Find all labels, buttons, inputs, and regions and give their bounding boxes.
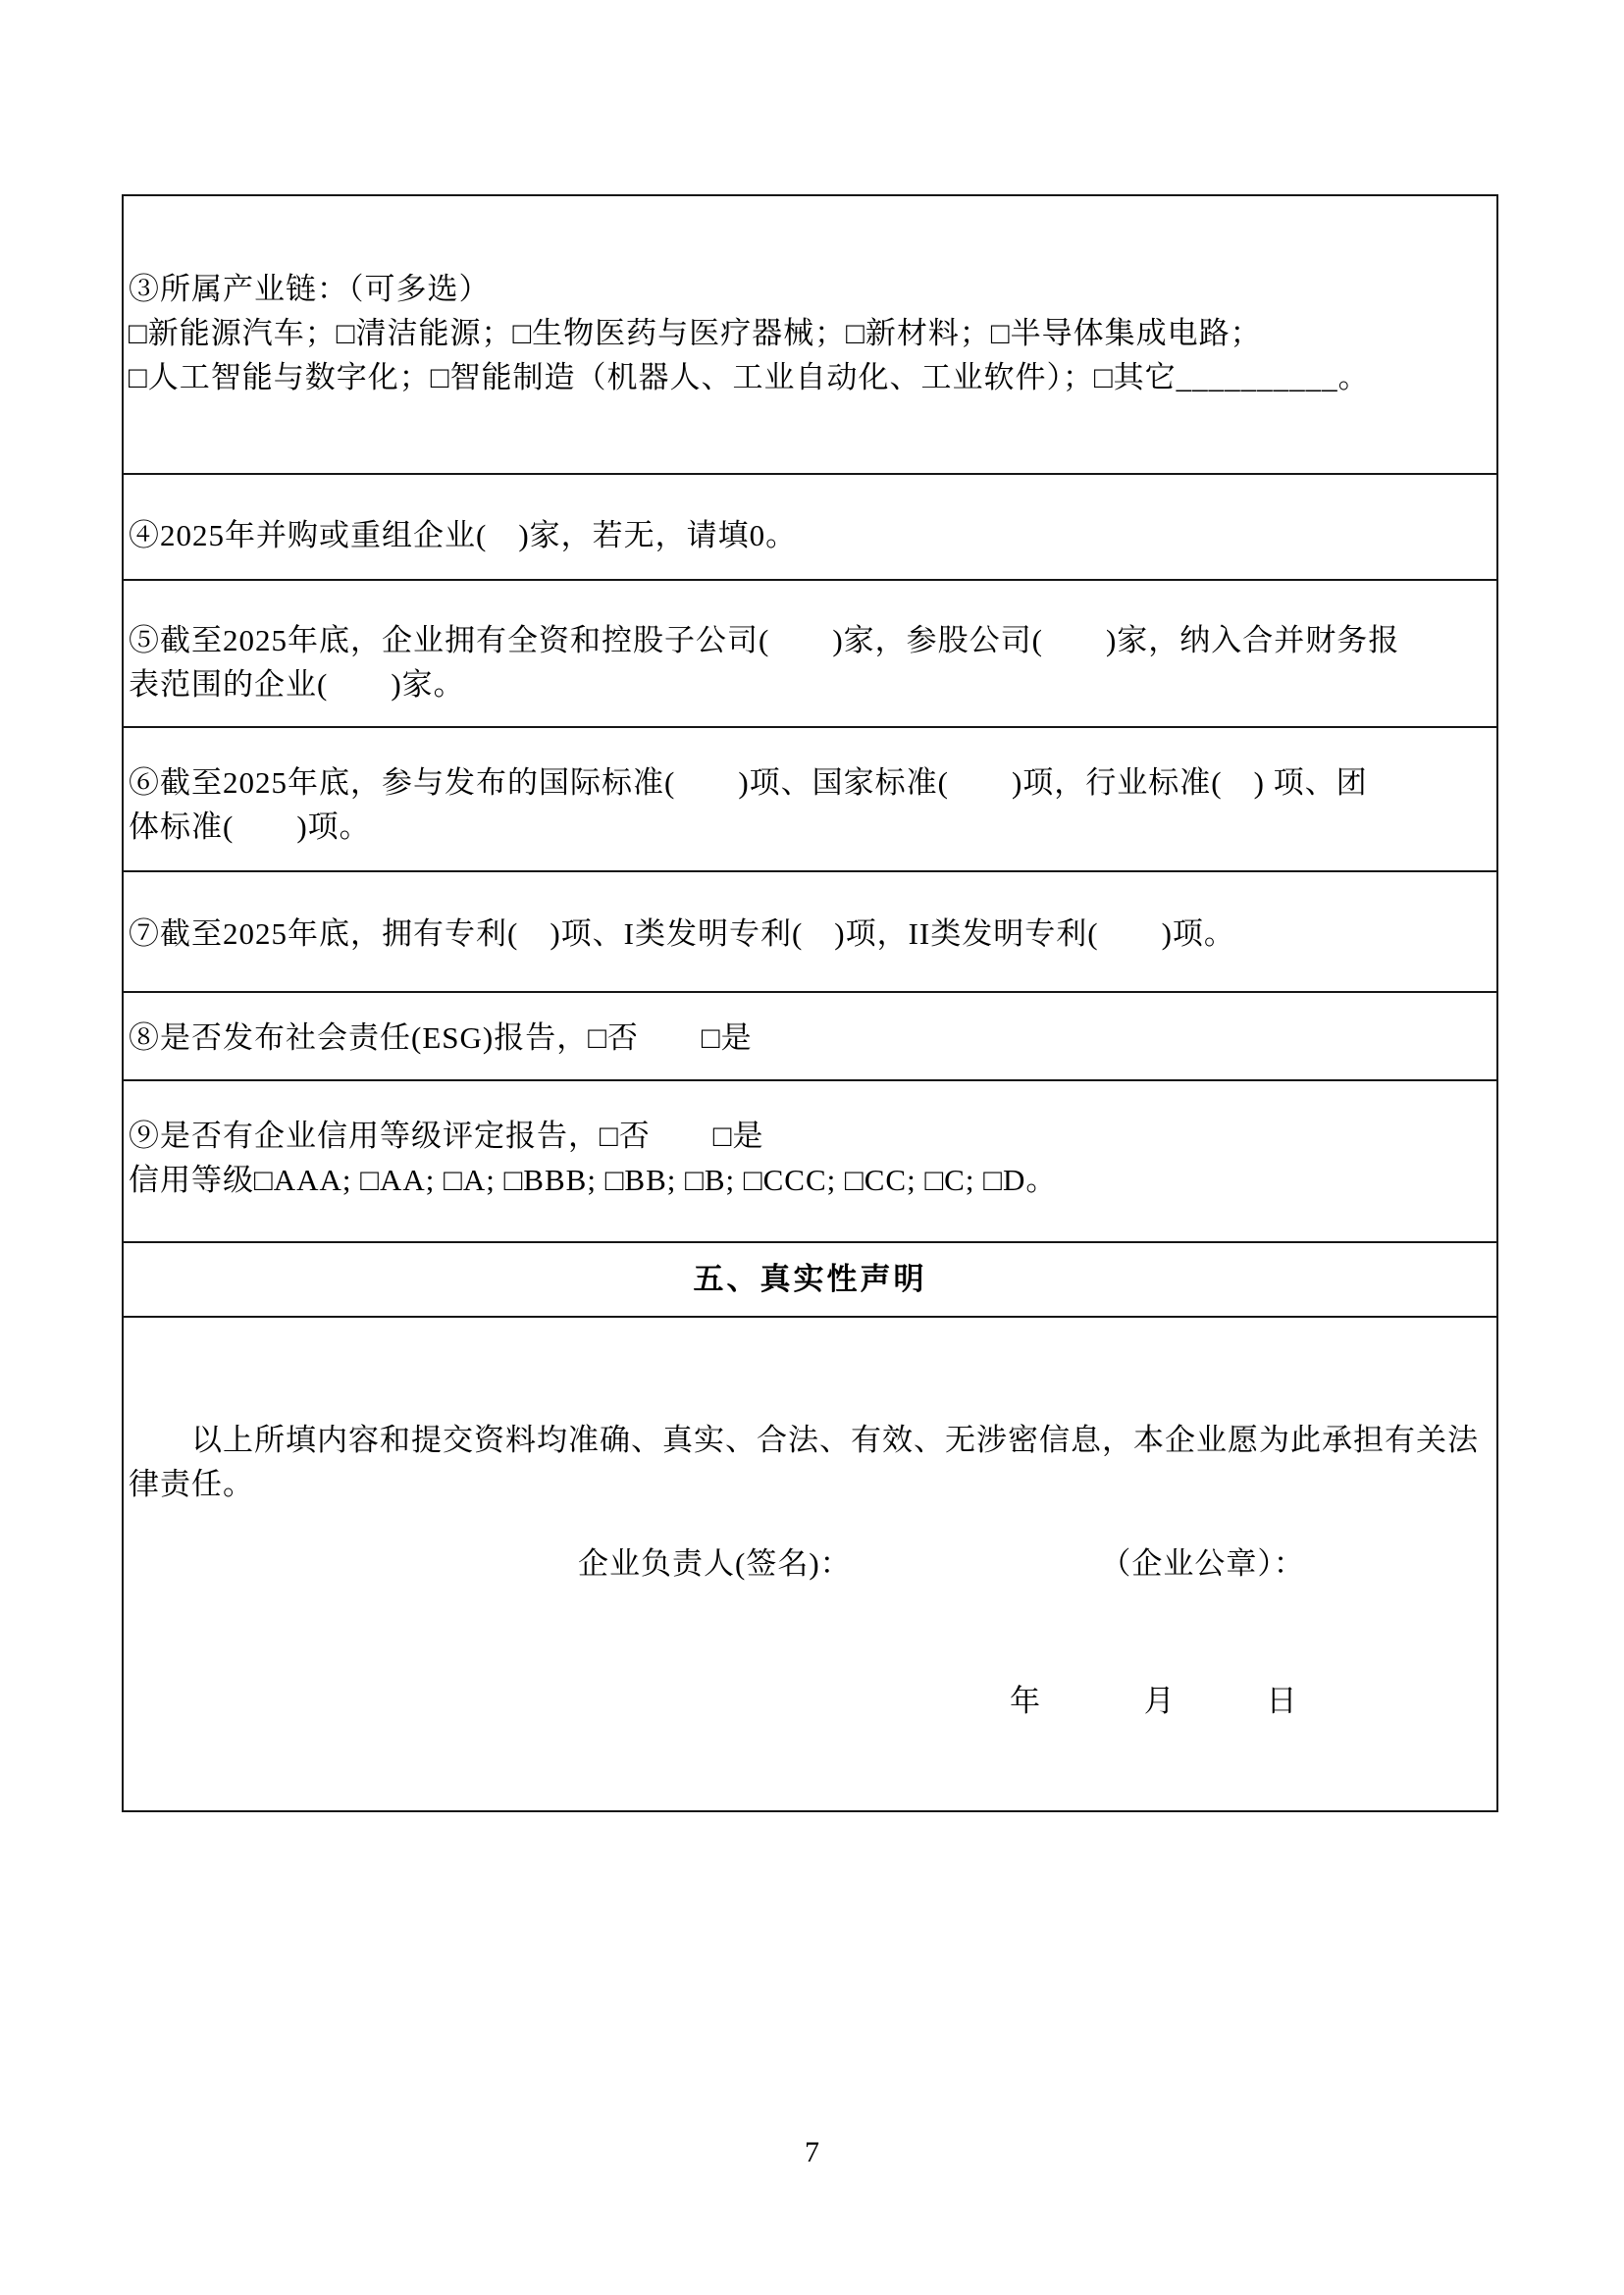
date-year-label: 年 xyxy=(1010,1679,1041,1723)
section-title: 五、真实性声明 xyxy=(694,1262,927,1296)
question-9-text-line-2: 信用等级□AAA; □AA; □A; □BBB; □BB; □B; □CCC; … xyxy=(129,1158,1492,1202)
declaration-text-line-2: 律责任。 xyxy=(129,1462,1492,1506)
document-page: ③所属产业链：（可多选） □新能源汽车；□清洁能源；□生物医药与医疗器械；□新材… xyxy=(0,0,1624,2295)
declaration-text-line-1: 以上所填内容和提交资料均准确、真实、合法、有效、无涉密信息，本企业愿为此承担有关… xyxy=(129,1418,1492,1462)
question-3-title: ③所属产业链：（可多选） xyxy=(129,267,1492,311)
declaration-paragraph: 以上所填内容和提交资料均准确、真实、合法、有效、无涉密信息，本企业愿为此承担有关… xyxy=(129,1418,1492,1506)
question-3-options-line-2: □人工智能与数字化；□智能制造（机器人、工业自动化、工业软件）；□其它_____… xyxy=(129,355,1492,399)
question-row-6-standards: ⑥截至2025年底，参与发布的国际标准( )项、国家标准( )项，行业标准( )… xyxy=(124,728,1496,872)
section-header-authenticity-statement: 五、真实性声明 xyxy=(124,1243,1496,1318)
date-day-label: 日 xyxy=(1267,1679,1298,1723)
date-month-label: 月 xyxy=(1144,1679,1176,1723)
signature-label: 企业负责人(签名)： xyxy=(578,1541,852,1586)
question-3-options-line-1: □新能源汽车；□清洁能源；□生物医药与医疗器械；□新材料；□半导体集成电路； xyxy=(129,311,1492,355)
question-6-text-line-2: 体标准( )项。 xyxy=(129,805,1492,849)
question-row-4-merger: ④2025年并购或重组企业( )家，若无，请填0。 xyxy=(124,475,1496,581)
declaration-cell: 以上所填内容和提交资料均准确、真实、合法、有效、无涉密信息，本企业愿为此承担有关… xyxy=(124,1418,1496,1910)
question-row-8-esg-report: ⑧是否发布社会责任(ESG)报告，□否 □是 xyxy=(124,993,1496,1081)
question-row-5-subsidiaries: ⑤截至2025年底，企业拥有全资和控股子公司( )家，参股公司( )家，纳入合并… xyxy=(124,581,1496,728)
page-number: 7 xyxy=(0,2135,1624,2170)
question-7-text: ⑦截至2025年底，拥有专利( )项、I类发明专利( )项，II类发明专利( )… xyxy=(129,912,1492,956)
question-5-text-line-1: ⑤截至2025年底，企业拥有全资和控股子公司( )家，参股公司( )家，纳入合并… xyxy=(129,618,1492,662)
signature-line: 企业负责人(签名)： （企业公章）： xyxy=(129,1541,1492,1586)
question-6-text-line-1: ⑥截至2025年底，参与发布的国际标准( )项、国家标准( )项，行业标准( )… xyxy=(129,760,1492,805)
question-row-3-industry-chain: ③所属产业链：（可多选） □新能源汽车；□清洁能源；□生物医药与医疗器械；□新材… xyxy=(124,196,1496,475)
company-seal-label: （企业公章）： xyxy=(1100,1541,1305,1586)
question-8-text: ⑧是否发布社会责任(ESG)报告，□否 □是 xyxy=(129,1016,1492,1060)
date-line: 年 月 日 xyxy=(129,1679,1492,1723)
question-row-7-patents: ⑦截至2025年底，拥有专利( )项、I类发明专利( )项，II类发明专利( )… xyxy=(124,872,1496,993)
question-5-text-line-2: 表范围的企业( )家。 xyxy=(129,662,1492,706)
question-row-9-credit-rating: ⑨是否有企业信用等级评定报告，□否 □是 信用等级□AAA; □AA; □A; … xyxy=(124,1081,1496,1243)
question-9-text-line-1: ⑨是否有企业信用等级评定报告，□否 □是 xyxy=(129,1114,1492,1158)
question-4-text: ④2025年并购或重组企业( )家，若无，请填0。 xyxy=(129,513,1492,557)
form-table: ③所属产业链：（可多选） □新能源汽车；□清洁能源；□生物医药与医疗器械；□新材… xyxy=(122,194,1498,1812)
